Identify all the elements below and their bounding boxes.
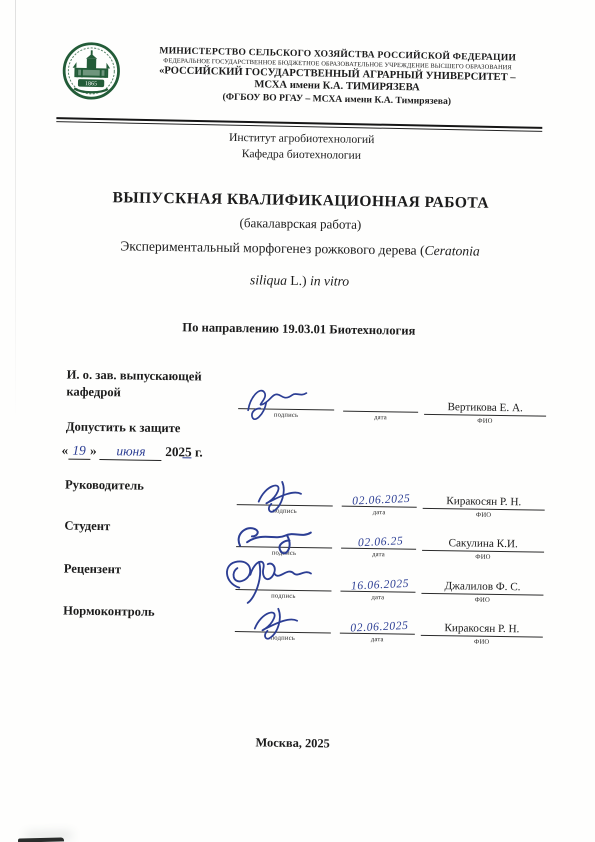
student-date-handwritten: 02.06.25	[343, 533, 419, 549]
reviewer-name: Джалилов Ф. С.	[421, 580, 543, 594]
year-underline	[183, 444, 192, 458]
reviewer-signature-ink	[209, 555, 328, 609]
head-name: Вертикова Е. А.	[424, 401, 546, 415]
quote-close: »	[90, 443, 97, 458]
city-year-footer: Москва, 2025	[0, 732, 590, 756]
work-type-title: ВЫПУСКНАЯ КВАЛИФИКАЦИОННАЯ РАБОТА	[3, 188, 595, 215]
normcontrol-name-line: ФИО Киракосян Р. Н.	[421, 635, 543, 638]
name-column-label: ФИО	[424, 417, 546, 426]
admit-date-line: «19» июня 2025 г.	[61, 442, 202, 461]
name-column-label: ФИО	[423, 511, 545, 520]
supervisor-name: Киракосян Р. Н.	[423, 495, 545, 509]
student-name: Сакулина К.И.	[422, 537, 544, 551]
supervisor-date-handwritten: 02.06.2025	[344, 491, 420, 507]
admit-month-handwritten: июня	[116, 443, 145, 458]
name-column-label: ФИО	[422, 553, 544, 562]
scanned-title-page: 1865 МИНИСТЕРСТВО СЕЛЬСКОГО ХОЗЯЙСТВА РО…	[0, 0, 595, 842]
date-column-label: дата	[343, 414, 418, 422]
work-subtype: (бакалаврская работа)	[3, 212, 595, 237]
reviewer-date-handwritten: 16.06.2025	[342, 576, 418, 592]
date-column-label: дата	[341, 551, 416, 559]
admit-label: Допустить к защите	[66, 420, 181, 437]
page-body: Институт агробиотехнологий Кафедра биоте…	[0, 0, 595, 842]
reviewer-name-line: ФИО Джалилов Ф. С.	[421, 593, 543, 596]
name-column-label: ФИО	[421, 638, 543, 647]
thesis-title-latin: Ceratonia	[424, 243, 479, 259]
normcontrol-signature-ink	[243, 605, 310, 644]
date-column-label: дата	[342, 509, 417, 517]
normcontrol-date-line: дата 02.06.2025	[340, 633, 415, 635]
supervisor-name-line: ФИО Киракосян Р. Н.	[423, 508, 545, 511]
head-signature-ink	[236, 380, 319, 429]
admit-day-handwritten: 19	[72, 443, 86, 458]
head-role-line1: И. о. зав. выпускающей	[67, 368, 202, 385]
thesis-title-line2: siliqua L.) in vitro	[2, 269, 595, 294]
date-column-label: дата	[340, 636, 415, 644]
head-role-line2: кафедрой	[66, 385, 121, 401]
thesis-title-line1: Экспериментальный морфогенез рожкового д…	[2, 237, 595, 262]
normcontrol-name: Киракосян Р. Н.	[421, 622, 543, 636]
row-role-normcontrol: Нормоконтроль	[63, 604, 155, 620]
normcontrol-date-handwritten: 02.06.2025	[342, 618, 418, 634]
row-role-reviewer: Рецензент	[64, 562, 122, 578]
supervisor-date-line: дата 02.06.2025	[342, 506, 417, 508]
thesis-title-latin2: siliqua	[250, 272, 287, 288]
study-direction: По направлению 19.03.01 Биотехнология	[1, 318, 595, 342]
head-name-line: ФИО Вертикова Е. А.	[424, 414, 546, 417]
admit-year-suffix: г.	[195, 444, 203, 459]
reviewer-date-line: дата 16.06.2025	[340, 591, 415, 593]
head-date-line: дата	[343, 411, 418, 413]
thesis-title-text: Экспериментальный морфогенез рожкового д…	[120, 238, 424, 258]
student-date-line: дата 02.06.25	[341, 548, 416, 550]
name-column-label: ФИО	[421, 596, 543, 605]
supervisor-signature-ink	[247, 478, 314, 517]
date-column-label: дата	[340, 594, 415, 602]
thesis-title-invitro: in vitro	[310, 273, 349, 289]
row-role-supervisor: Руководитель	[65, 478, 144, 494]
thesis-title-text2: L.)	[287, 273, 310, 288]
row-role-student: Студент	[64, 519, 110, 535]
student-name-line: ФИО Сакулина К.И.	[422, 550, 544, 553]
